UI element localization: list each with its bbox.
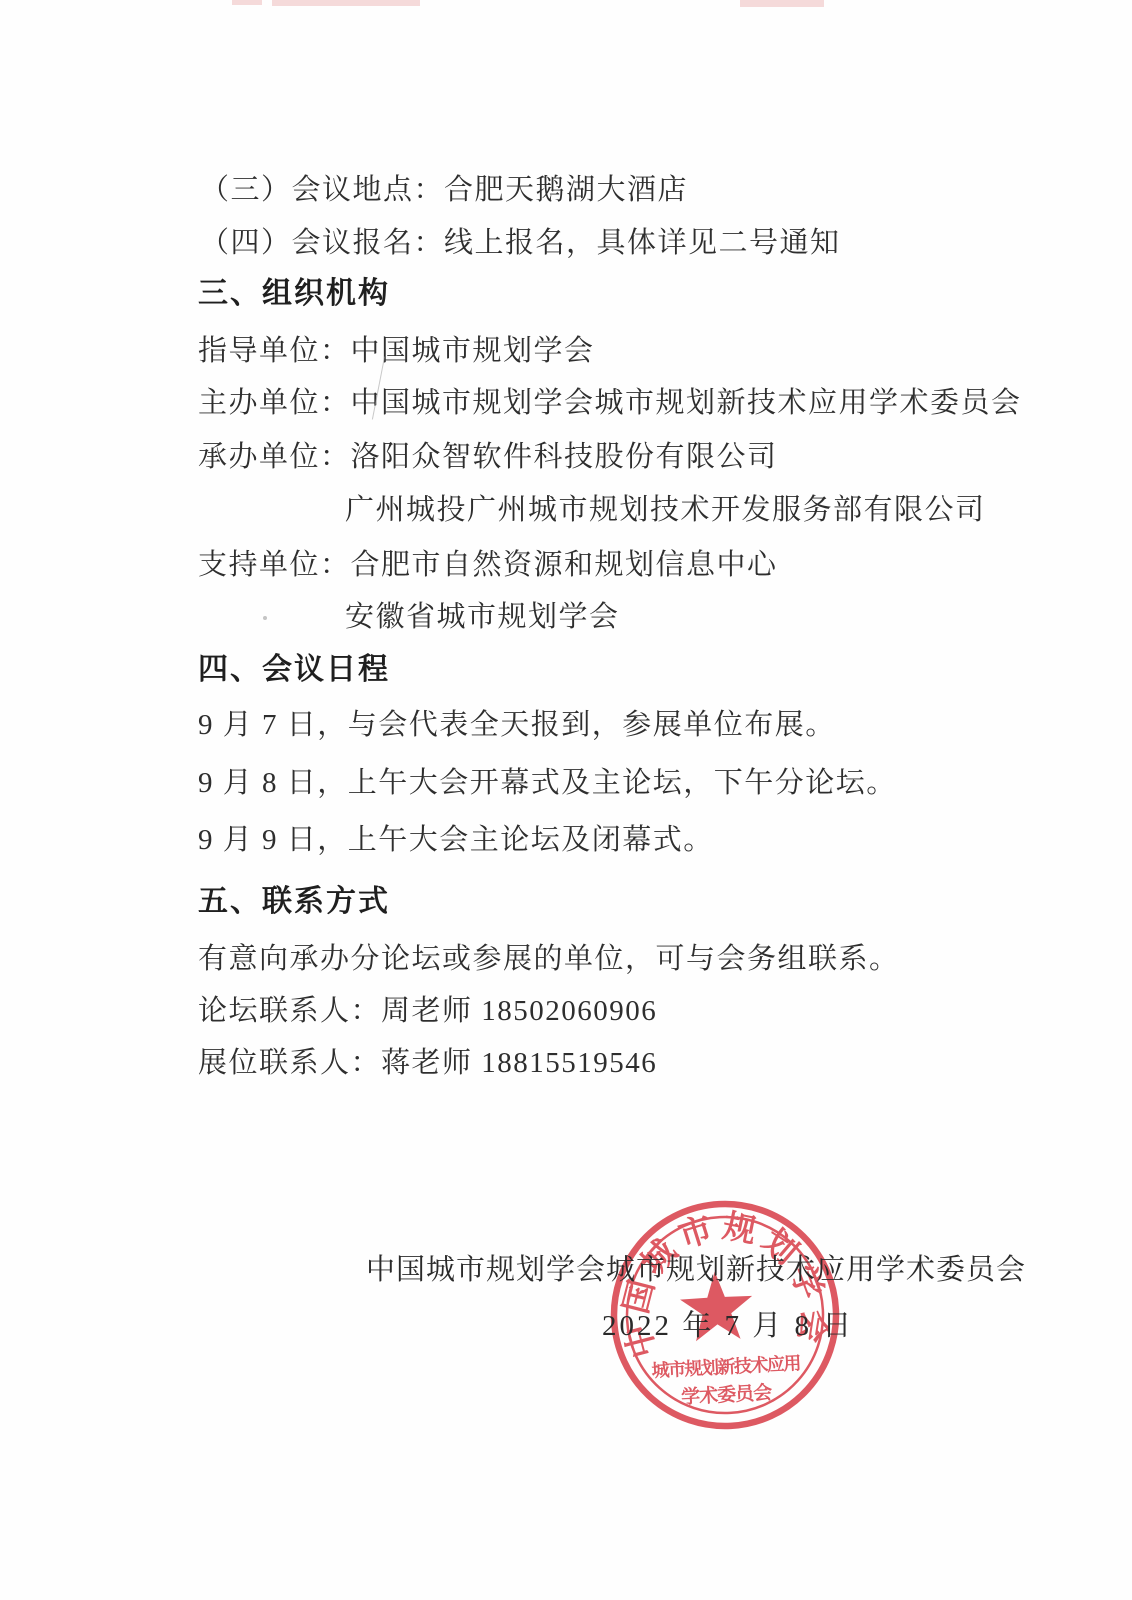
text-line: （四）会议报名：线上报名，具体详见二号通知	[200, 225, 841, 261]
signature-organization: 中国城市规划学会城市规划新技术应用学术委员会	[366, 1252, 1026, 1288]
contact-line-forum: 论坛联系人：周老师 18502060906	[198, 993, 657, 1029]
text-line-continuation: 广州城投广州城市规划技术开发服务部有限公司	[345, 492, 986, 528]
text-line: 承办单位：洛阳众智软件科技股份有限公司	[198, 439, 778, 475]
seal-committee-line1: 城市规划新技术应用	[651, 1352, 801, 1381]
text-line: 9 月 9 日，上午大会主论坛及闭幕式。	[198, 822, 714, 858]
contact-line-booth: 展位联系人：蒋老师 18815519546	[198, 1045, 657, 1081]
text-line: 9 月 8 日，上午大会开幕式及主论坛，下午分论坛。	[198, 765, 897, 801]
scanned-document-page: （三）会议地点：合肥天鹅湖大酒店 （四）会议报名：线上报名，具体详见二号通知 三…	[0, 0, 1132, 1600]
section-heading-agenda: 四、会议日程	[198, 652, 390, 688]
signature-date: 2022 年 7 月 8 日	[602, 1308, 854, 1344]
section-heading-organization: 三、组织机构	[198, 276, 390, 312]
scan-smudge	[232, 0, 262, 5]
text-line: 有意向承办分论坛或参展的单位，可与会务组联系。	[198, 941, 900, 977]
scan-dot-artifact	[263, 616, 267, 620]
text-line: 9 月 7 日，与会代表全天报到，参展单位布展。	[198, 707, 836, 743]
text-line: 支持单位：合肥市自然资源和规划信息中心	[198, 547, 778, 583]
text-line: 主办单位：中国城市规划学会城市规划新技术应用学术委员会	[198, 385, 1022, 421]
scan-smudge	[740, 0, 824, 7]
section-heading-contact: 五、联系方式	[198, 884, 390, 920]
text-line: （三）会议地点：合肥天鹅湖大酒店	[200, 172, 688, 208]
text-line: 指导单位：中国城市规划学会	[198, 333, 595, 369]
scan-smudge	[272, 0, 420, 6]
seal-committee-line2: 学术委员会	[681, 1381, 773, 1409]
text-line-continuation: 安徽省城市规划学会	[345, 599, 620, 635]
